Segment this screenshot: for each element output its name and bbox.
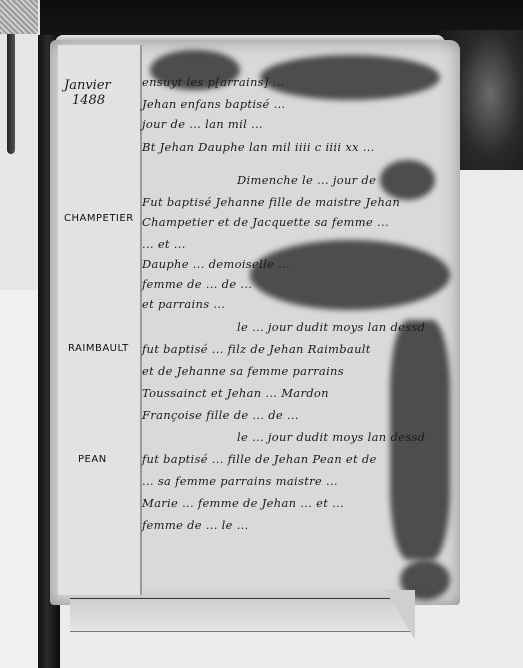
handwritten-line: et de Jehanne sa femme parrains (142, 364, 344, 378)
handwritten-line: Champetier et de Jacquette sa femme ... (142, 215, 389, 229)
page-bottom-strip (70, 598, 415, 632)
margin-name-raimbault: RAIMBAULT (68, 343, 129, 354)
handwritten-line: jour de ... lan mil ... (142, 117, 263, 131)
handwritten-line: ... sa femme parrains maistre ... (142, 474, 338, 488)
entries-column: ensuyt les p[arrains] ... Jehan enfans b… (142, 45, 457, 600)
handwritten-line: ensuyt les p[arrains] ... (142, 75, 284, 89)
handwritten-line: Dimenche le ... jour de (237, 173, 376, 187)
handwritten-line: fut baptisé ... fille de Jehan Pean et d… (142, 452, 377, 466)
handwritten-line: Dauphe ... demoiselle ... (142, 257, 290, 271)
tool-edge (7, 34, 15, 154)
handwritten-line: le ... jour dudit moys lan dessd (237, 430, 425, 444)
handwritten-line: Jehan enfans baptisé ... (142, 97, 285, 111)
handwritten-line: le ... jour dudit moys lan dessd (237, 320, 425, 334)
date-year: 1488 (64, 93, 111, 108)
handwritten-line: Bt Jehan Dauphe lan mil iiii c iiii xx .… (142, 140, 375, 154)
margin-date: Janvier 1488 (64, 78, 111, 108)
handwritten-line: Fut baptisé Jehanne fille de maistre Jeh… (142, 195, 400, 209)
handwritten-line: ... et ... (142, 237, 186, 251)
date-month: Janvier (64, 78, 111, 93)
handwritten-line: et parrains ... (142, 297, 225, 311)
textured-fabric (0, 0, 38, 34)
handwritten-line: Marie ... femme de Jehan ... et ... (142, 496, 344, 510)
handwritten-line: femme de ... de ... (142, 277, 252, 291)
handwritten-line: Françoise fille de ... de ... (142, 408, 299, 422)
folded-corner (385, 590, 415, 640)
margin-column (58, 45, 142, 595)
margin-name-pean: PEAN (78, 454, 107, 465)
handwritten-line: femme de ... le ... (142, 518, 249, 532)
adjacent-sheet-right (460, 170, 523, 668)
margin-name-champetier: CHAMPETIER (64, 213, 134, 224)
handwritten-line: fut baptisé ... filz de Jehan Raimbault (142, 342, 371, 356)
handwritten-line: Toussainct et Jehan ... Mardon (142, 386, 329, 400)
